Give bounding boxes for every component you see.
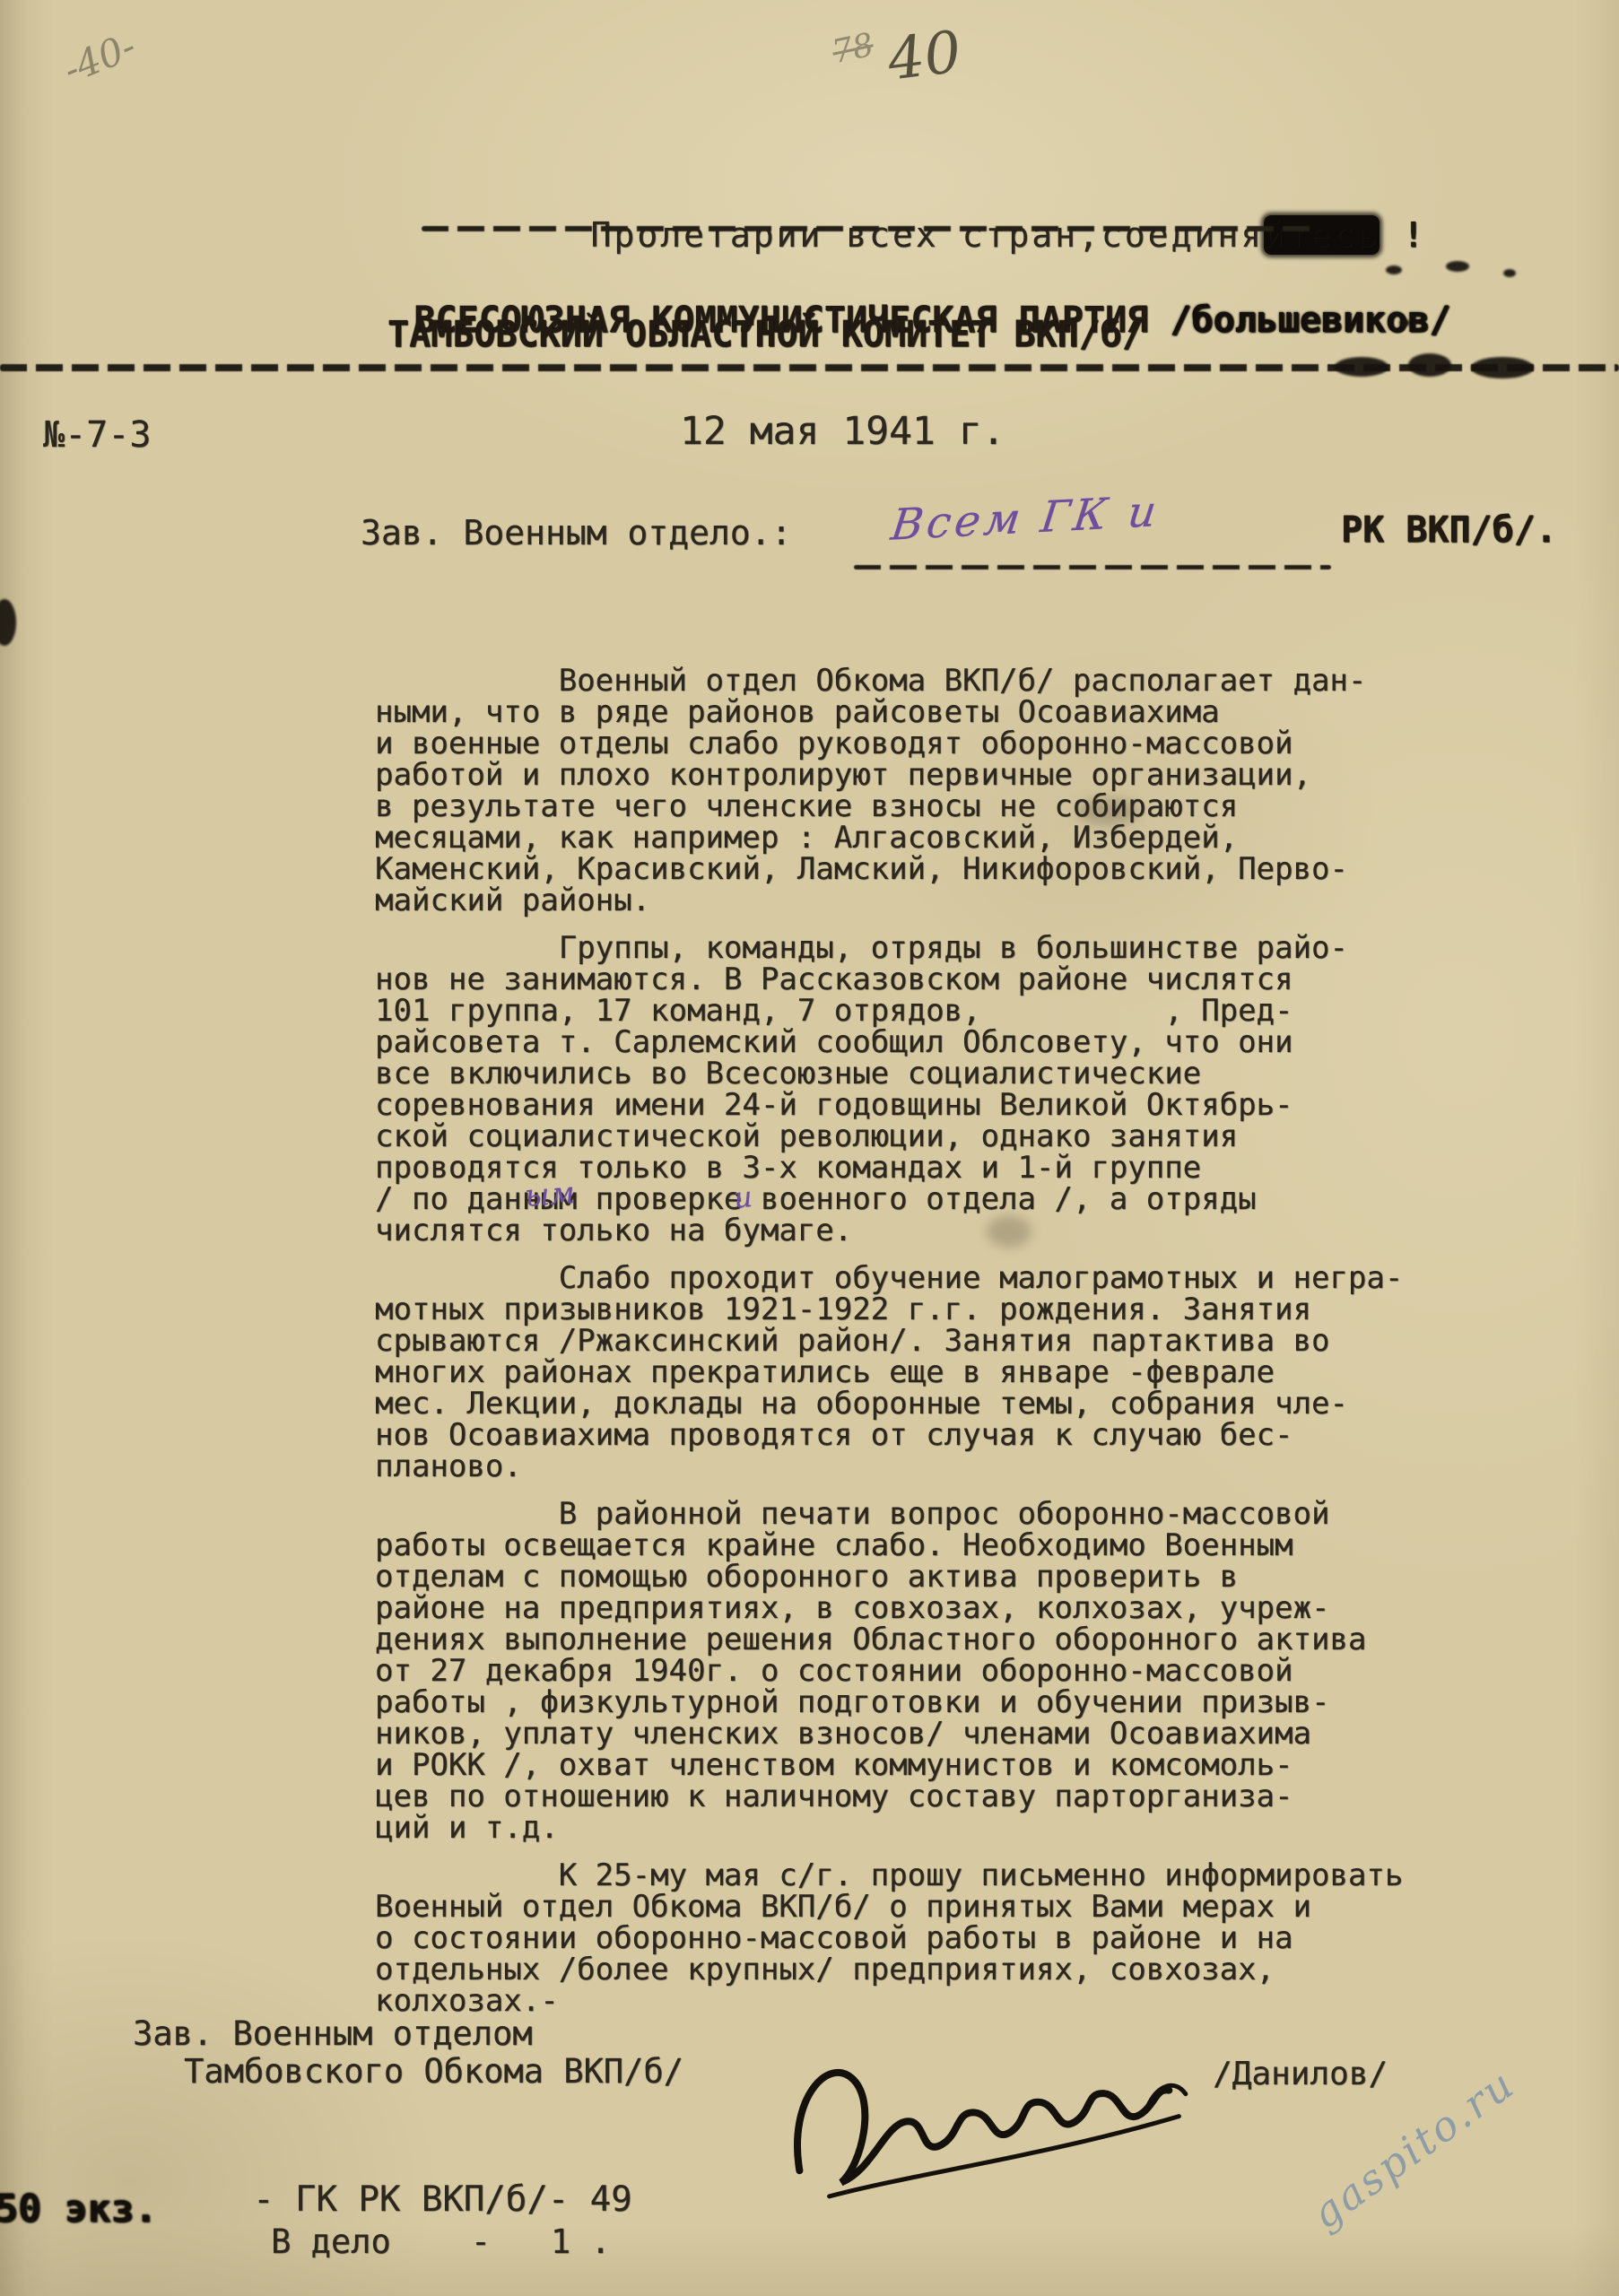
body-line: работы освещается крайне слабо. Необходи… [375, 1530, 1403, 1561]
body-line: отдельных /более крупных/ предприятиях, … [375, 1954, 1403, 1986]
paragraph-1: Военный отдел Обкома ВКП/б/ располагает … [375, 665, 1403, 917]
body-line: числятся только на бумаге. [375, 1215, 1403, 1247]
signature-typed-name: /Данилов/ [1213, 2056, 1388, 2092]
slogan-overstruck-text: йтесь [1264, 215, 1380, 255]
document-number: №-7-3 [43, 414, 151, 456]
ink-blob [0, 599, 16, 646]
body-line: Группы, команды, отряды в большинстве ра… [375, 933, 1403, 964]
body-line: многих районах прекратились еще в январе… [375, 1357, 1403, 1388]
body-line: дениях выполнение решения Областного обо… [375, 1624, 1403, 1656]
addressee-typed: РК ВКП/б/. [1341, 509, 1557, 551]
body-line: мотных призывников 1921-1922 г.г. рожден… [375, 1294, 1403, 1326]
ink-blob [1471, 357, 1534, 378]
distribution-note: - ГК РК ВКП/б/- 49 [253, 2179, 632, 2220]
body-line: 101 группа, 17 команд, 7 отрядов, , Пред… [375, 996, 1403, 1027]
addressee-handwritten: Всем ГК и [888, 486, 1162, 550]
addressee-underline-rule [854, 565, 1331, 570]
body-line: районе на предприятиях, в совхозах, колх… [375, 1593, 1403, 1624]
scanned-document-page: -40- 78 40 Пролетарии всех стран,соединя… [0, 0, 1619, 2296]
body-line: ными, что в ряде районов райсоветы Осоав… [375, 697, 1403, 728]
ink-correction: ым [524, 1175, 577, 1214]
paragraph-5: К 25-му мая с/г. прошу письменно информи… [375, 1860, 1403, 2017]
body-line: о состоянии оборонно-массовой работы в р… [375, 1923, 1403, 1954]
slogan-text: Пролетарии всех стран,соединя [591, 215, 1264, 255]
slogan-underline-rule [422, 226, 1314, 231]
body-line: нов не занимаются. В Рассказовском район… [375, 964, 1403, 996]
body-line: срываются /Ржаксинский район/. Занятия п… [375, 1326, 1403, 1357]
body-line: К 25-му мая с/г. прошу письменно информи… [375, 1860, 1403, 1892]
body-line: В районной печати вопрос оборонно-массов… [375, 1499, 1403, 1530]
body-line: и военные отделы слабо руководят оборонн… [375, 728, 1403, 760]
body-line: все включились во Всесоюзные социалистич… [375, 1058, 1403, 1090]
letterhead-line-2: ТАМБОВСКИЙ ОБЛАСТНОЙ КОМИТЕТ ВКП/б/ [387, 314, 1144, 355]
body-line: Военный отдел Обкома ВКП/б/ располагает … [375, 665, 1403, 697]
ink-blob [1335, 357, 1388, 377]
copies-count: 50 экз. [0, 2187, 157, 2231]
ink-blob [1386, 265, 1402, 274]
body-line: ций и т.д. [375, 1813, 1403, 1844]
body-line: мес. Лекции, доклады на оборонные темы, … [375, 1388, 1403, 1420]
body-line: колхозах.- [375, 1986, 1403, 2017]
body-line: работы , физкультурной подготовки и обуч… [375, 1687, 1403, 1718]
ink-blob [1408, 353, 1451, 377]
body-line: месяцами, как например : Алгасовский, Из… [375, 822, 1403, 854]
body-line: цев по отношению к наличному составу пар… [375, 1781, 1403, 1813]
pencil-crossed-number: 78 [829, 27, 876, 72]
addressee-label: Зав. Военным отдело.: [361, 513, 791, 552]
signature-title-line-2: Тамбовского Обкома ВКП/б/ [184, 2052, 683, 2091]
body-line: отделам с помощью оборонного актива пров… [375, 1561, 1403, 1593]
ink-blob [1399, 319, 1410, 326]
body-line: соревнования имени 24-й годовщины Велико… [375, 1090, 1403, 1121]
slogan-tail: ! [1380, 215, 1426, 255]
ink-blob [1503, 269, 1516, 277]
pencil-page-number-right: 40 [884, 19, 965, 93]
body-line: Каменский, Красивский, Ламский, Никифоро… [375, 854, 1403, 885]
signature-title-line-1: Зав. Военным отделом [133, 2014, 533, 2053]
body-paragraphs: Военный отдел Обкома ВКП/б/ располагает … [375, 665, 1403, 2033]
document-date: 12 мая 1941 г. [680, 409, 1005, 454]
body-line: от 27 декабря 1940г. о состоянии оборонн… [375, 1656, 1403, 1687]
body-line: и РОКК /, охват членством коммунистов и … [375, 1750, 1403, 1781]
body-line: Военный отдел Обкома ВКП/б/ о принятых В… [375, 1892, 1403, 1923]
body-line: ской социалистической революции, однако … [375, 1121, 1403, 1152]
paragraph-3: Слабо проходит обучение малограмотных и … [375, 1263, 1403, 1483]
body-line: в результате чего членские взносы не соб… [375, 791, 1403, 822]
body-line: Слабо проходит обучение малограмотных и … [375, 1263, 1403, 1294]
body-line: нов Осоавиахима проводятся от случая к с… [375, 1420, 1403, 1451]
body-line: планово. [375, 1451, 1403, 1483]
body-line: работой и плохо контролируют первичные о… [375, 760, 1403, 791]
body-line: ников, уплату членских взносов/ членами … [375, 1718, 1403, 1750]
ink-correction: и [732, 1179, 753, 1215]
paragraph-4: В районной печати вопрос оборонно-массов… [375, 1499, 1403, 1844]
body-line: майский районы. [375, 885, 1403, 917]
ink-blob [1446, 261, 1469, 272]
body-line: райсовета т. Сарлемский сообщил Облсовет… [375, 1027, 1403, 1058]
to-file-note: В дело - 1 . [271, 2222, 611, 2261]
pencil-page-number-left: -40- [57, 23, 142, 91]
